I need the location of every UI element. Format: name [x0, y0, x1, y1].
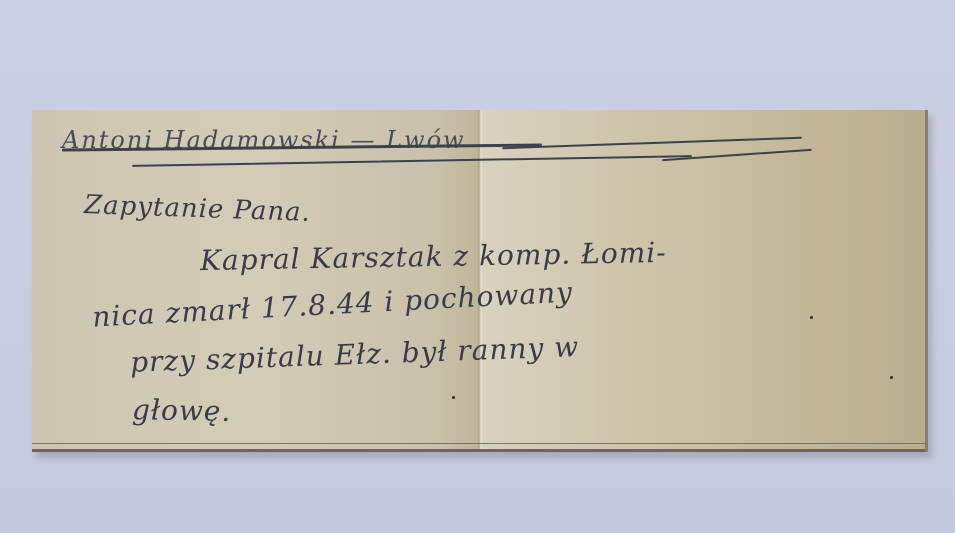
- printed-line: [32, 443, 928, 444]
- handwritten-note: Antoni Hadamowski — Lwów Zapytanie Pana.…: [32, 110, 928, 452]
- paper-edge: [925, 110, 928, 452]
- torn-edge: [32, 449, 928, 452]
- ink-speck: [452, 396, 455, 399]
- struck-through-header: Antoni Hadamowski — Lwów: [62, 124, 782, 174]
- ink-speck: [810, 316, 813, 319]
- underline: [132, 155, 692, 167]
- note-line-5: głowę.: [132, 393, 232, 428]
- ink-speck: [890, 376, 893, 379]
- strike-line: [502, 137, 802, 149]
